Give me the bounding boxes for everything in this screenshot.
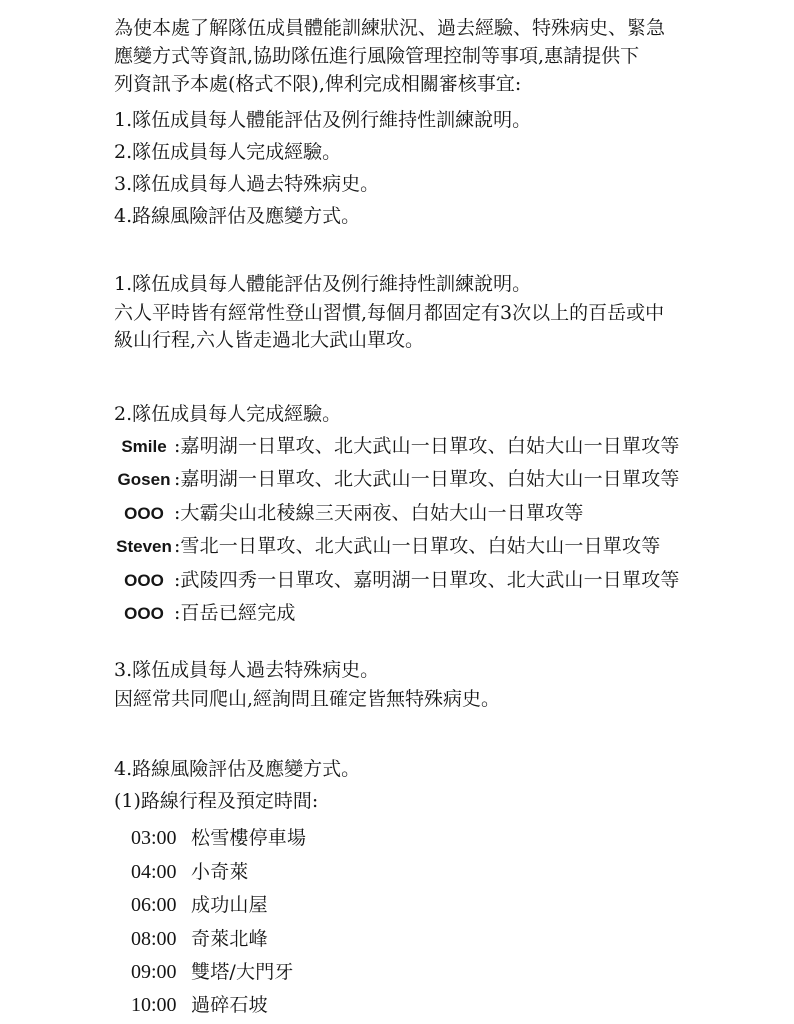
section-fitness-heading: 1.隊伍成員每人體能評估及例行維持性訓練說明。 bbox=[114, 268, 704, 300]
member-row: OOO:武陵四秀一日單攻、嘉明湖一日單攻、北大武山一日單攻等 bbox=[114, 564, 704, 597]
section-medical-history: 3.隊伍成員每人過去特殊病史。 因經常共同爬山,經詢問且確定皆無特殊病史。 bbox=[114, 654, 704, 713]
schedule-place: 松雪樓停車場 bbox=[191, 827, 306, 849]
section-route-risk: 4.路線風險評估及應變方式。 (1)路線行程及預定時間: 03:00松雪樓停車場… bbox=[114, 753, 704, 1022]
member-routes: 百岳已經完成 bbox=[180, 602, 295, 624]
schedule-place: 小奇萊 bbox=[191, 861, 249, 883]
member-row: Steven:雪北一日單攻、北大武山一日單攻、白姑大山一日單攻等 bbox=[114, 530, 704, 563]
overview-list: 1.隊伍成員每人體能評估及例行維持性訓練說明。 2.隊伍成員每人完成經驗。 3.… bbox=[114, 104, 704, 232]
schedule-row: 06:00成功山屋 bbox=[114, 889, 704, 922]
schedule-time: 09:00 bbox=[131, 956, 179, 989]
member-row: OOO:百岳已經完成 bbox=[114, 597, 704, 630]
intro-line-3: 列資訊予本處(格式不限),俾利完成相關審核事宜: bbox=[114, 70, 704, 98]
overview-item-1: 1.隊伍成員每人體能評估及例行維持性訓練說明。 bbox=[114, 104, 704, 136]
section-route-subheading: (1)路線行程及預定時間: bbox=[114, 785, 704, 817]
section-fitness: 1.隊伍成員每人體能評估及例行維持性訓練說明。 六人平時皆有經常性登山習慣,每個… bbox=[114, 268, 704, 354]
member-routes: 雪北一日單攻、北大武山一日單攻、白姑大山一日單攻等 bbox=[180, 535, 660, 557]
schedule-time: 10:00 bbox=[131, 989, 179, 1022]
overview-item-2: 2.隊伍成員每人完成經驗。 bbox=[114, 136, 704, 168]
member-name: OOO bbox=[114, 564, 174, 597]
schedule-time: 03:00 bbox=[131, 822, 179, 855]
member-routes: 嘉明湖一日單攻、北大武山一日單攻、白姑大山一日單攻等 bbox=[180, 435, 679, 457]
schedule-row: 08:00奇萊北峰 bbox=[114, 923, 704, 956]
member-name: OOO bbox=[114, 597, 174, 630]
section-experience: 2.隊伍成員每人完成經驗。 Smile:嘉明湖一日單攻、北大武山一日單攻、白姑大… bbox=[114, 398, 704, 630]
member-name: Gosen bbox=[114, 463, 174, 496]
schedule-time: 08:00 bbox=[131, 923, 179, 956]
member-name: Steven bbox=[114, 530, 174, 563]
member-routes: 大霸尖山北稜線三天兩夜、白姑大山一日單攻等 bbox=[180, 502, 583, 524]
section-fitness-body-line-2: 級山行程,六人皆走過北大武山單攻。 bbox=[114, 327, 704, 354]
member-routes: 嘉明湖一日單攻、北大武山一日單攻、白姑大山一日單攻等 bbox=[180, 468, 679, 490]
schedule-place: 雙塔/大門牙 bbox=[191, 961, 294, 983]
section-fitness-body-line-1: 六人平時皆有經常性登山習慣,每個月都固定有3次以上的百岳或中 bbox=[114, 300, 704, 327]
schedule-place: 成功山屋 bbox=[191, 894, 268, 916]
schedule-place: 過碎石坡 bbox=[191, 994, 268, 1016]
section-route-heading: 4.路線風險評估及應變方式。 bbox=[114, 753, 704, 785]
intro-paragraph: 為使本處了解隊伍成員體能訓練狀況、過去經驗、特殊病史、緊急 應變方式等資訊,協助… bbox=[114, 14, 704, 98]
section-medical-body: 因經常共同爬山,經詢問且確定皆無特殊病史。 bbox=[114, 686, 704, 713]
section-medical-heading: 3.隊伍成員每人過去特殊病史。 bbox=[114, 654, 704, 686]
section-experience-heading: 2.隊伍成員每人完成經驗。 bbox=[114, 398, 704, 430]
overview-item-4: 4.路線風險評估及應變方式。 bbox=[114, 200, 704, 232]
member-row: Smile:嘉明湖一日單攻、北大武山一日單攻、白姑大山一日單攻等 bbox=[114, 430, 704, 463]
intro-line-2: 應變方式等資訊,協助隊伍進行風險管理控制等事項,惠請提供下 bbox=[114, 42, 704, 70]
document-page: 為使本處了解隊伍成員體能訓練狀況、過去經驗、特殊病史、緊急 應變方式等資訊,協助… bbox=[0, 0, 794, 1024]
schedule-list: 03:00松雪樓停車場 04:00小奇萊 06:00成功山屋 08:00奇萊北峰… bbox=[114, 822, 704, 1022]
schedule-row: 03:00松雪樓停車場 bbox=[114, 822, 704, 855]
member-name: Smile bbox=[114, 430, 174, 463]
member-row: Gosen:嘉明湖一日單攻、北大武山一日單攻、白姑大山一日單攻等 bbox=[114, 463, 704, 496]
schedule-row: 04:00小奇萊 bbox=[114, 856, 704, 889]
schedule-time: 04:00 bbox=[131, 856, 179, 889]
overview-item-3: 3.隊伍成員每人過去特殊病史。 bbox=[114, 168, 704, 200]
member-row: OOO:大霸尖山北稜線三天兩夜、白姑大山一日單攻等 bbox=[114, 497, 704, 530]
schedule-row: 09:00雙塔/大門牙 bbox=[114, 956, 704, 989]
schedule-place: 奇萊北峰 bbox=[191, 928, 268, 950]
intro-line-1: 為使本處了解隊伍成員體能訓練狀況、過去經驗、特殊病史、緊急 bbox=[114, 14, 704, 42]
member-name: OOO bbox=[114, 497, 174, 530]
member-routes: 武陵四秀一日單攻、嘉明湖一日單攻、北大武山一日單攻等 bbox=[180, 569, 679, 591]
schedule-time: 06:00 bbox=[131, 889, 179, 922]
schedule-row: 10:00過碎石坡 bbox=[114, 989, 704, 1022]
